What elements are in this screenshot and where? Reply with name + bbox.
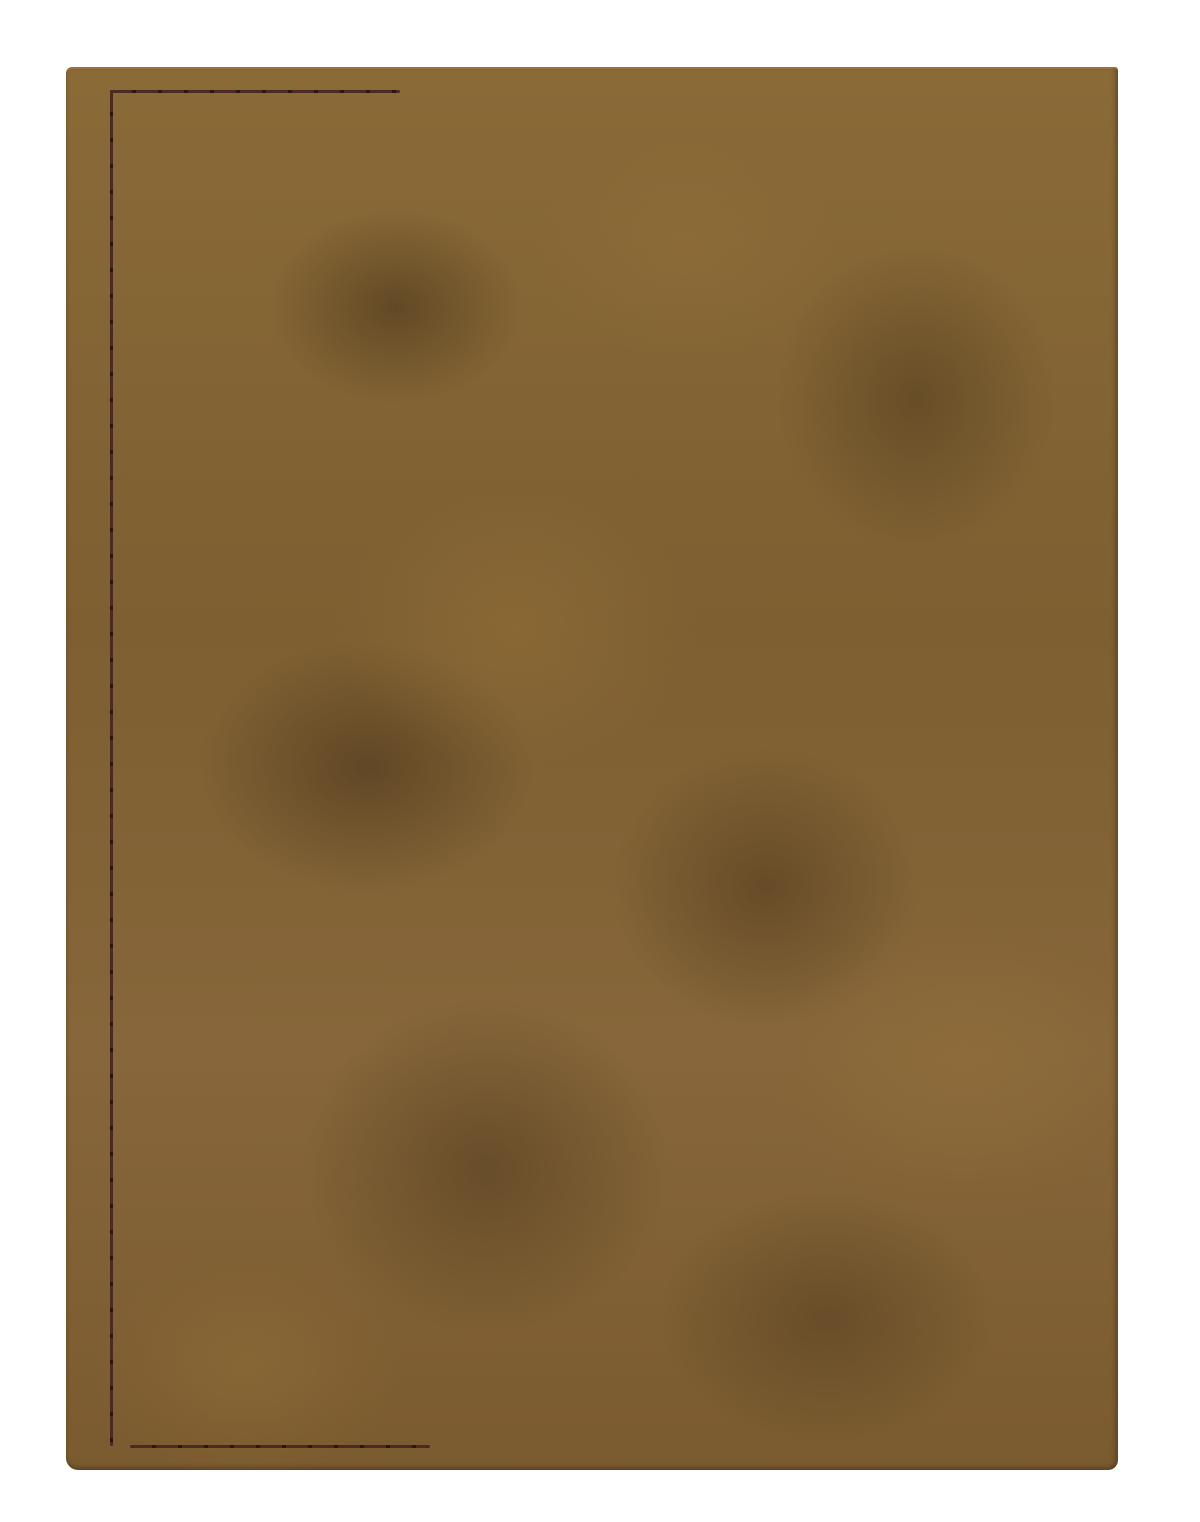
- left-stitching: [110, 90, 113, 1446]
- top-stitching: [110, 90, 400, 93]
- bottom-stitching: [130, 1445, 430, 1448]
- leather-cover: [66, 67, 1118, 1470]
